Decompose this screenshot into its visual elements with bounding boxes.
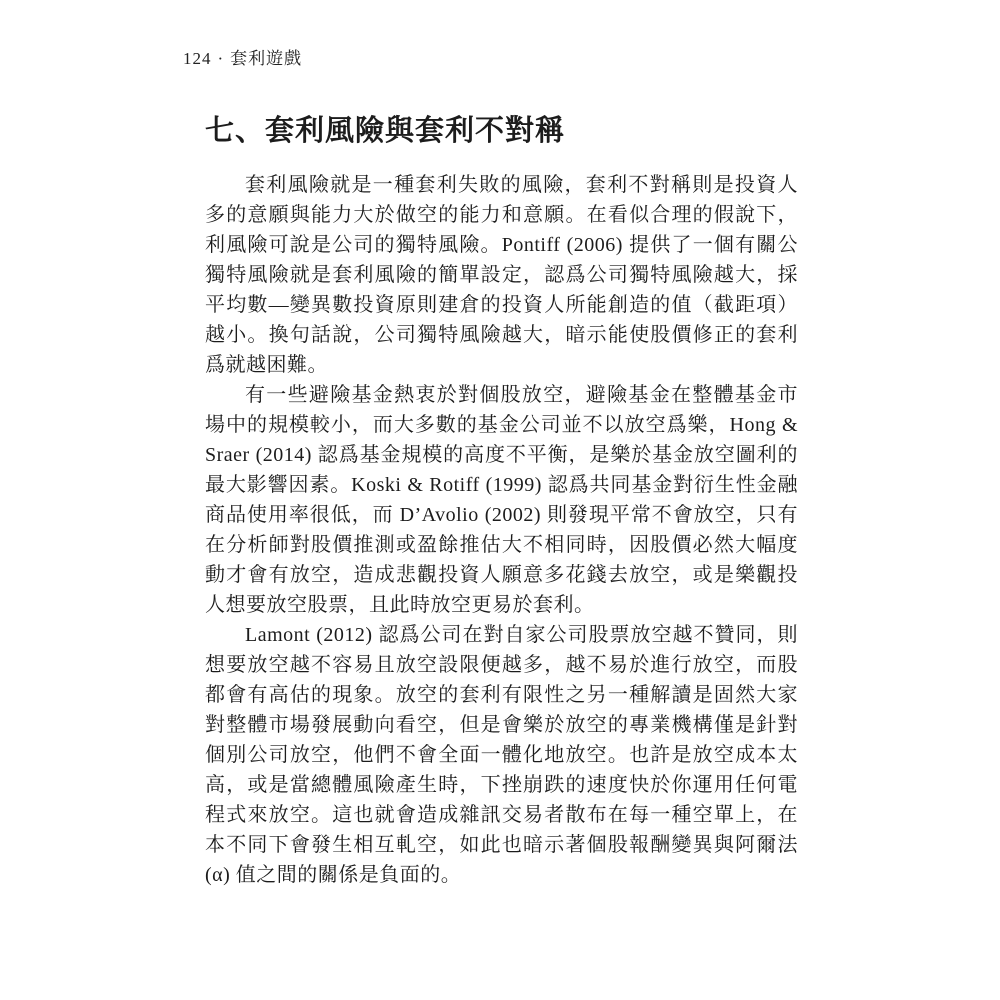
text-line: 平均數—變異數投資原則建倉的投資人所能創造的值（截距項）便: [205, 290, 798, 320]
text-line: 利風險可說是公司的獨特風險。Pontiff (2006) 提供了一個有關公司: [205, 230, 798, 260]
header-separator-dot: ·: [218, 49, 225, 69]
text-line: 爲就越困難。: [205, 350, 798, 380]
text-line: Lamont (2012) 認爲公司在對自家公司股票放空越不贊同，則: [205, 620, 798, 650]
text-line: 人想要放空股票，且此時放空更易於套利。: [205, 590, 798, 620]
text-line: 場中的規模較小，而大多數的基金公司並不以放空爲樂，Hong &: [205, 410, 798, 440]
text-line: 高，或是當總體風險產生時，下挫崩跌的速度快於你運用任何電腦: [205, 770, 798, 800]
running-head: 124·套利遊戲: [183, 44, 302, 69]
text-line: 套利風險就是一種套利失敗的風險，套利不對稱則是投資人做: [205, 170, 798, 200]
text-line: 越小。換句話說，公司獨特風險越大，暗示能使股價修正的套利行: [205, 320, 798, 350]
text-line: 有一些避險基金熱衷於對個股放空，避險基金在整體基金市: [205, 380, 798, 410]
text-line: 動才會有放空，造成悲觀投資人願意多花錢去放空，或是樂觀投資: [205, 560, 798, 590]
text-line: 都會有高估的現象。放空的套利有限性之另一種解讀是固然大家都: [205, 680, 798, 710]
text-line: 最大影響因素。Koski & Rotiff (1999) 認爲共同基金對衍生性金…: [205, 470, 798, 500]
section-title: 七、套利風險與套利不對稱: [205, 112, 798, 150]
paragraph: Lamont (2012) 認爲公司在對自家公司股票放空越不贊同，則想要放空越不…: [205, 620, 798, 890]
text-line: 本不同下會發生相互軋空，如此也暗示著個股報酬變異與阿爾法: [205, 830, 798, 860]
text-line: 商品使用率很低，而 D’Avolio (2002) 則發現平常不會放空，只有: [205, 500, 798, 530]
text-line: Sraer (2014) 認爲基金規模的高度不平衡，是樂於基金放空圖利的: [205, 440, 798, 470]
page-content: 七、套利風險與套利不對稱 套利風險就是一種套利失敗的風險，套利不對稱則是投資人做…: [205, 112, 798, 890]
text-line: 獨特風險就是套利風險的簡單設定，認爲公司獨特風險越大，採取: [205, 260, 798, 290]
text-line: 對整體市場發展動向看空，但是會樂於放空的專業機構僅是針對某: [205, 710, 798, 740]
text-line: 在分析師對股價推測或盈餘推估大不相同時，因股價必然大幅度波: [205, 530, 798, 560]
paragraphs: 套利風險就是一種套利失敗的風險，套利不對稱則是投資人做多的意願與能力大於做空的能…: [205, 170, 798, 890]
paragraph: 套利風險就是一種套利失敗的風險，套利不對稱則是投資人做多的意願與能力大於做空的能…: [205, 170, 798, 380]
page-number: 124: [183, 49, 212, 68]
book-page: 124·套利遊戲 七、套利風險與套利不對稱 套利風險就是一種套利失敗的風險，套利…: [0, 0, 1000, 1000]
book-title: 套利遊戲: [230, 49, 302, 68]
text-line: 程式來放空。這也就會造成雜訊交易者散布在每一種空單上，在成: [205, 800, 798, 830]
text-line: 個別公司放空，他們不會全面一體化地放空。也許是放空成本太: [205, 740, 798, 770]
text-line: 想要放空越不容易且放空設限便越多，越不易於進行放空，而股價: [205, 650, 798, 680]
paragraph: 有一些避險基金熱衷於對個股放空，避險基金在整體基金市場中的規模較小，而大多數的基…: [205, 380, 798, 620]
text-line: 多的意願與能力大於做空的能力和意願。在看似合理的假說下，套: [205, 200, 798, 230]
text-line: (α) 值之間的關係是負面的。: [205, 860, 798, 890]
